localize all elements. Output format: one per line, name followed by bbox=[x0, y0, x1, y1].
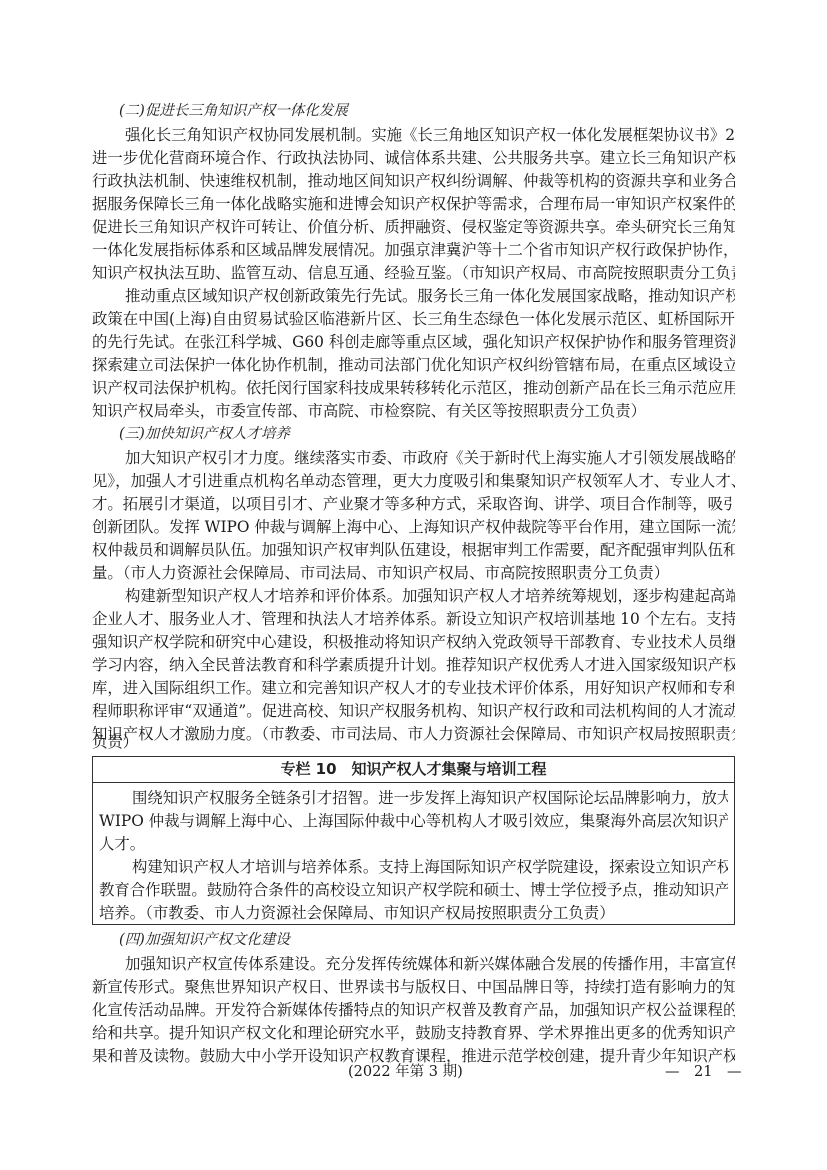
paragraph-line: 推动重点区域知识产权创新政策先行先试。服务长三角一体化发展国家战略，推动知识产权… bbox=[92, 285, 735, 308]
box-line: 教育合作联盟。鼓励符合条件的高校设立知识产权学院和硕士、博士学位授予点，推动知识… bbox=[99, 879, 728, 902]
paragraph-line: 政策在中国(上海)自由贸易试验区临港新片区、长三角生态绿色一体化发展示范区、虹桥… bbox=[92, 308, 735, 331]
box-line: 构建知识产权人才培训与培养体系。支持上海国际知识产权学院建设，探索设立知识产权国… bbox=[99, 856, 728, 879]
paragraph-line: 知识产权执法互助、监管互动、信息互通、经验互鉴。（市知识产权局、市高院按照职责分… bbox=[92, 262, 735, 285]
paragraph-line: 一体化发展指标体系和区域品牌发展情况。加强京津冀沪等十二个省市知识产权行政保护协… bbox=[92, 239, 735, 262]
paragraph-line: 负责） bbox=[92, 731, 735, 754]
issue-label: (2022 年第 3 期) bbox=[348, 1062, 463, 1082]
paragraph-line: 强化长三角知识产权协同发展机制。实施《长三角地区知识产权一体化发展框架协议书》2… bbox=[92, 124, 735, 147]
paragraph-line: 创新团队。发挥 WIPO 仲裁与调解上海中心、上海知识产权仲裁院等平台作用，建立… bbox=[92, 516, 735, 539]
box-line: 人才。 bbox=[99, 833, 728, 856]
paragraph-line: 权仲裁员和调解员队伍。加强知识产权审判队伍建设，根据审判工作需要，配齐配强审判队… bbox=[92, 539, 735, 562]
paragraph-line: 行政执法机制、快速维权机制，推动地区间知识产权纠纷调解、仲裁等机构的资源共享和业… bbox=[92, 170, 735, 193]
page-number: — 21 — bbox=[665, 1062, 741, 1082]
paragraph-line: 化宣传活动品牌。开发符合新媒体传播特点的知识产权普及教育产品，加强知识产权公益课… bbox=[92, 999, 735, 1022]
paragraph-line: 加强知识产权宣传体系建设。充分发挥传统媒体和新兴媒体融合发展的传播作用，丰富宣传… bbox=[92, 953, 735, 976]
section-heading-2: (二)促进长三角知识产权一体化发展 bbox=[119, 100, 348, 123]
paragraph-line: 加大知识产权引才力度。继续落实市委、市政府《关于新时代上海实施人才引领发展战略的… bbox=[92, 447, 735, 470]
box-line: 培养。（市教委、市人力资源社会保障局、市知识产权局按照职责分工负责） bbox=[99, 902, 728, 925]
paragraph-line: 据服务保障长三角一体化战略实施和进博会知识产权保护等需求，合理布局一审知识产权案… bbox=[92, 193, 735, 216]
paragraph-line: 促进长三角知识产权许可转让、价值分析、质押融资、侵权鉴定等资源共享。牵头研究长三… bbox=[92, 216, 735, 239]
paragraph-line: 的先行先试。在张江科学城、G60 科创走廊等重点区域，强化知识产权保护协作和服务… bbox=[92, 331, 735, 354]
paragraph-line: 进一步优化营商环境合作、行政执法协同、诚信体系共建、公共服务共享。建立长三角知识… bbox=[92, 147, 735, 170]
section-heading-3: (三)加快知识产权人才培养 bbox=[119, 423, 290, 446]
box-line: 围绕知识产权服务全链条引才招智。进一步发挥上海知识产权国际论坛品牌影响力，放大 bbox=[99, 787, 728, 810]
special-column-box: 专栏 10 知识产权人才集聚与培训工程 围绕知识产权服务全链条引才招智。进一步发… bbox=[92, 756, 735, 925]
box-line: WIPO 仲裁与调解上海中心、上海国际仲裁中心等机构人才吸引效应，集聚海外高层次… bbox=[99, 810, 728, 833]
paragraph-line: 识产权司法保护机构。依托闵行国家科技成果转移转化示范区，推动创新产品在长三角示范… bbox=[92, 377, 735, 400]
paragraph-line: 见》，加强人才引进重点机构名单动态管理，更大力度吸引和集聚知识产权领军人才、专业… bbox=[92, 470, 735, 493]
paragraph-line: 探索建立司法保护一体化协作机制，推动司法部门优化知识产权纠纷管辖布局，在重点区域… bbox=[92, 354, 735, 377]
paragraph-line: 新宣传形式。聚焦世界知识产权日、世界读书与版权日、中国品牌日等，持续打造有影响力… bbox=[92, 976, 735, 999]
paragraph-line: 才。拓展引才渠道，以项目引才、产业聚才等多种方式，采取咨询、讲学、项目合作制等，… bbox=[92, 493, 735, 516]
paragraph-line: 强知识产权学院和研究中心建设，积极推动将知识产权纳入党政领导干部教育、专业技术人… bbox=[92, 631, 735, 654]
paragraph-line: 程师职称评审“双通道”。促进高校、知识产权服务机构、知识产权行政和司法机构间的人… bbox=[92, 700, 735, 723]
paragraph-line: 构建新型知识产权人才培养和评价体系。加强知识产权人才培养统筹规划，逐步构建起高端… bbox=[92, 585, 735, 608]
box-title: 专栏 10 知识产权人才集聚与培训工程 bbox=[93, 757, 734, 783]
section-heading-4: (四)加强知识产权文化建设 bbox=[119, 929, 290, 952]
paragraph-line: 给和共享。提升知识产权文化和理论研究水平，鼓励支持教育界、学术界推出更多的优秀知… bbox=[92, 1022, 735, 1045]
paragraph-line: 量。（市人力资源社会保障局、市司法局、市知识产权局、市高院按照职责分工负责） bbox=[92, 562, 735, 585]
paragraph-line: 企业人才、服务业人才、管理和执法人才培养体系。新设立知识产权培训基地 10 个左… bbox=[92, 608, 735, 631]
paragraph-line: 学习内容，纳入全民普法教育和科学素质提升计划。推荐知识产权优秀人才进入国家级知识… bbox=[92, 654, 735, 677]
paragraph-line: 知识产权局牵头，市委宣传部、市高院、市检察院、有关区等按照职责分工负责） bbox=[92, 400, 735, 423]
paragraph-line: 库，进入国际组织工作。建立和完善知识产权人才的专业技术评价体系，用好知识产权师和… bbox=[92, 677, 735, 700]
